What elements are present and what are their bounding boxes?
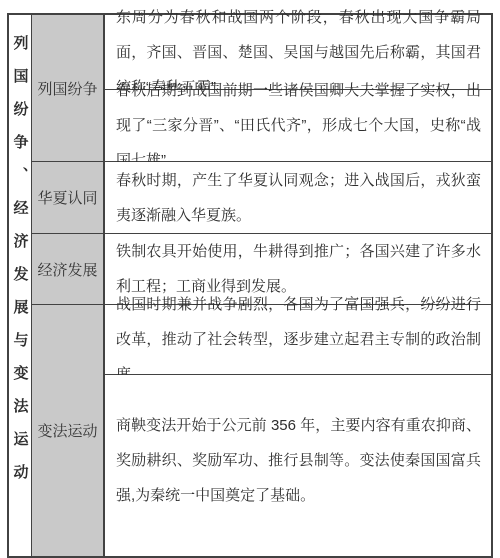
side-title-cell: 列国纷争、经济发展与变法运动 [9, 15, 32, 539]
row-label-huaxia-identity: 华夏认同 [32, 162, 105, 234]
row-label-reform-movement: 变法运动 [32, 305, 105, 539]
content-cell-warring-states-seven: 春秋后期到战国前期一些诸侯国卿大夫掌握了实权，出现了“三家分晋”、“田氏代齐”，… [105, 90, 491, 162]
history-summary-table: 列国纷争、经济发展与变法运动 列国纷争 东周分为春秋和战国两个阶段，春秋出现大国… [7, 13, 493, 539]
content-cell-shang-yang-reform: 商鞅变法开始于公元前 356 年，主要内容有重农抑商、奖励耕织、奖励军功、推行县… [105, 375, 491, 539]
row-label-economic-development: 经济发展 [32, 234, 105, 305]
side-title-vertical-text: 列国纷争、经济发展与变法运动 [9, 15, 32, 539]
paragraph-huaxia-identity: 春秋时期，产生了华夏认同观念；进入战国后，戎狄蛮夷逐渐融入华夏族。 [116, 163, 481, 233]
paragraph-shang-yang-reform: 商鞅变法开始于公元前 356 年，主要内容有重农抑商、奖励耕织、奖励军功、推行县… [116, 408, 481, 513]
content-cell-huaxia-identity: 春秋时期，产生了华夏认同观念；进入战国后，戎狄蛮夷逐渐融入华夏族。 [105, 162, 491, 234]
row-label-rivalry-of-states: 列国纷争 [32, 15, 105, 162]
content-cell-reform-background: 战国时期兼并战争剧烈，各国为了富国强兵，纷纷进行改革，推动了社会转型，逐步建立起… [105, 305, 491, 375]
